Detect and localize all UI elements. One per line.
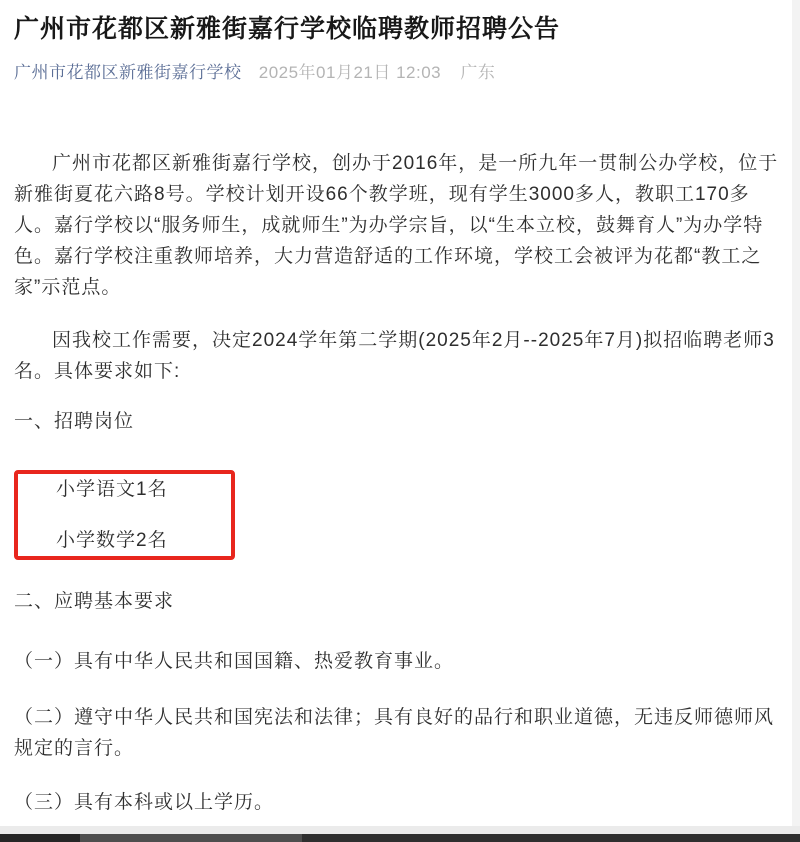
bottom-divider-line bbox=[0, 826, 800, 834]
intro-paragraph-1: 广州市花都区新雅街嘉行学校，创办于2016年，是一所九年一贯制公办学校，位于新雅… bbox=[14, 148, 785, 303]
article-body: 广州市花都区新雅街嘉行学校临聘教师招聘公告 广州市花都区新雅街嘉行学校 2025… bbox=[0, 0, 800, 818]
bottom-bar-segment-middle bbox=[80, 834, 302, 842]
requirement-item-3: （三）具有本科或以上学历。 bbox=[14, 787, 785, 818]
section-heading-requirements: 二、应聘基本要求 bbox=[14, 586, 785, 617]
article-page: 广州市花都区新雅街嘉行学校临聘教师招聘公告 广州市花都区新雅街嘉行学校 2025… bbox=[0, 0, 800, 842]
publish-date: 2025年01月21日 12:03 bbox=[259, 63, 441, 82]
account-name-link[interactable]: 广州市花都区新雅街嘉行学校 bbox=[14, 63, 242, 82]
bottom-dark-bar bbox=[0, 834, 800, 842]
page-right-edge-strip bbox=[792, 0, 800, 826]
position-item-chinese: 小学语文1名 bbox=[18, 474, 231, 505]
publish-region: 广东 bbox=[460, 63, 495, 82]
requirement-item-1: （一）具有中华人民共和国国籍、热爱教育事业。 bbox=[14, 646, 785, 677]
bottom-bar-segment-right bbox=[302, 834, 800, 842]
position-item-math: 小学数学2名 bbox=[18, 525, 231, 556]
bottom-bar-segment-left bbox=[0, 834, 80, 842]
requirement-item-2: （二）遵守中华人民共和国宪法和法律；具有良好的品行和职业道德，无违反师德师风规定… bbox=[14, 702, 785, 764]
byline: 广州市花都区新雅街嘉行学校 2025年01月21日 12:03 广东 bbox=[14, 61, 785, 85]
section-heading-positions: 一、招聘岗位 bbox=[14, 406, 785, 437]
intro-paragraph-2: 因我校工作需要，决定2024学年第二学期(2025年2月--2025年7月)拟招… bbox=[14, 325, 785, 387]
article-title: 广州市花都区新雅街嘉行学校临聘教师招聘公告 bbox=[14, 13, 785, 46]
positions-highlight-box: 小学语文1名 小学数学2名 bbox=[14, 470, 235, 560]
